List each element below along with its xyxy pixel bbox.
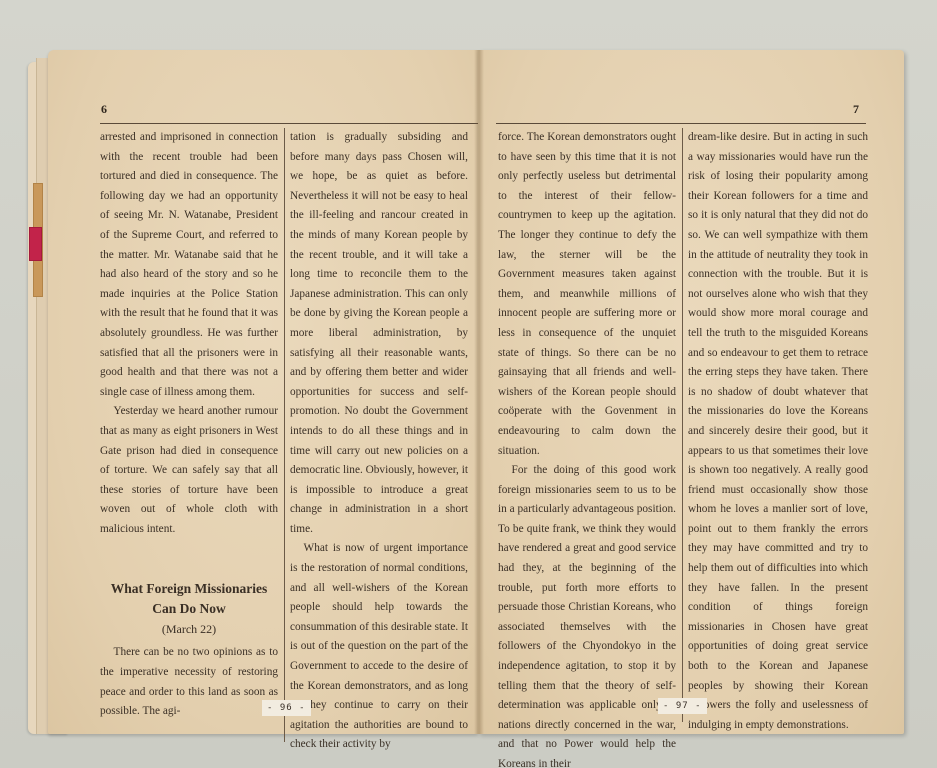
paragraph: Yesterday we heard another rumour that a… xyxy=(100,402,278,539)
paragraph: force. The Korean demonstrators ought to… xyxy=(498,128,676,461)
column-divider xyxy=(284,128,285,742)
paragraph: There can be no two opinions as to the i… xyxy=(100,643,278,721)
book-gutter xyxy=(474,50,484,734)
right-page: 7 force. The Korean demonstrators ought … xyxy=(478,50,904,734)
left-folio: 6 xyxy=(101,102,107,117)
page-number-stamp: - 96 - xyxy=(262,700,311,716)
right-header-rule xyxy=(496,123,866,124)
page-number-stamp: - 97 - xyxy=(658,698,707,714)
paragraph: dream-like desire. But in acting in such… xyxy=(688,128,868,735)
left-page-column-1: arrested and imprisoned in connection wi… xyxy=(100,128,278,722)
paragraph: What is now of urgent importance is the … xyxy=(290,539,468,755)
column-divider xyxy=(682,128,683,722)
article-date: (March 22) xyxy=(100,619,278,639)
left-header-rule xyxy=(100,123,482,124)
paragraph: For the doing of this good work foreign … xyxy=(498,461,676,768)
left-page-column-2: tation is gradually subsiding and before… xyxy=(290,128,468,755)
right-page-column-2: dream-like desire. But in acting in such… xyxy=(688,128,868,735)
red-bookmark-tab xyxy=(29,227,42,261)
right-page-column-1: force. The Korean demonstrators ought to… xyxy=(498,128,676,768)
paragraph: tation is gradually subsiding and before… xyxy=(290,128,468,539)
right-folio: 7 xyxy=(853,102,859,117)
article-title: What Foreign Missionaries Can Do Now xyxy=(100,579,278,619)
left-page: 6 arrested and imprisoned in connection … xyxy=(48,50,478,734)
paragraph: arrested and imprisoned in connection wi… xyxy=(100,128,278,402)
article-title-line-1: What Foreign Missionaries xyxy=(100,579,278,599)
article-title-line-2: Can Do Now xyxy=(100,599,278,619)
